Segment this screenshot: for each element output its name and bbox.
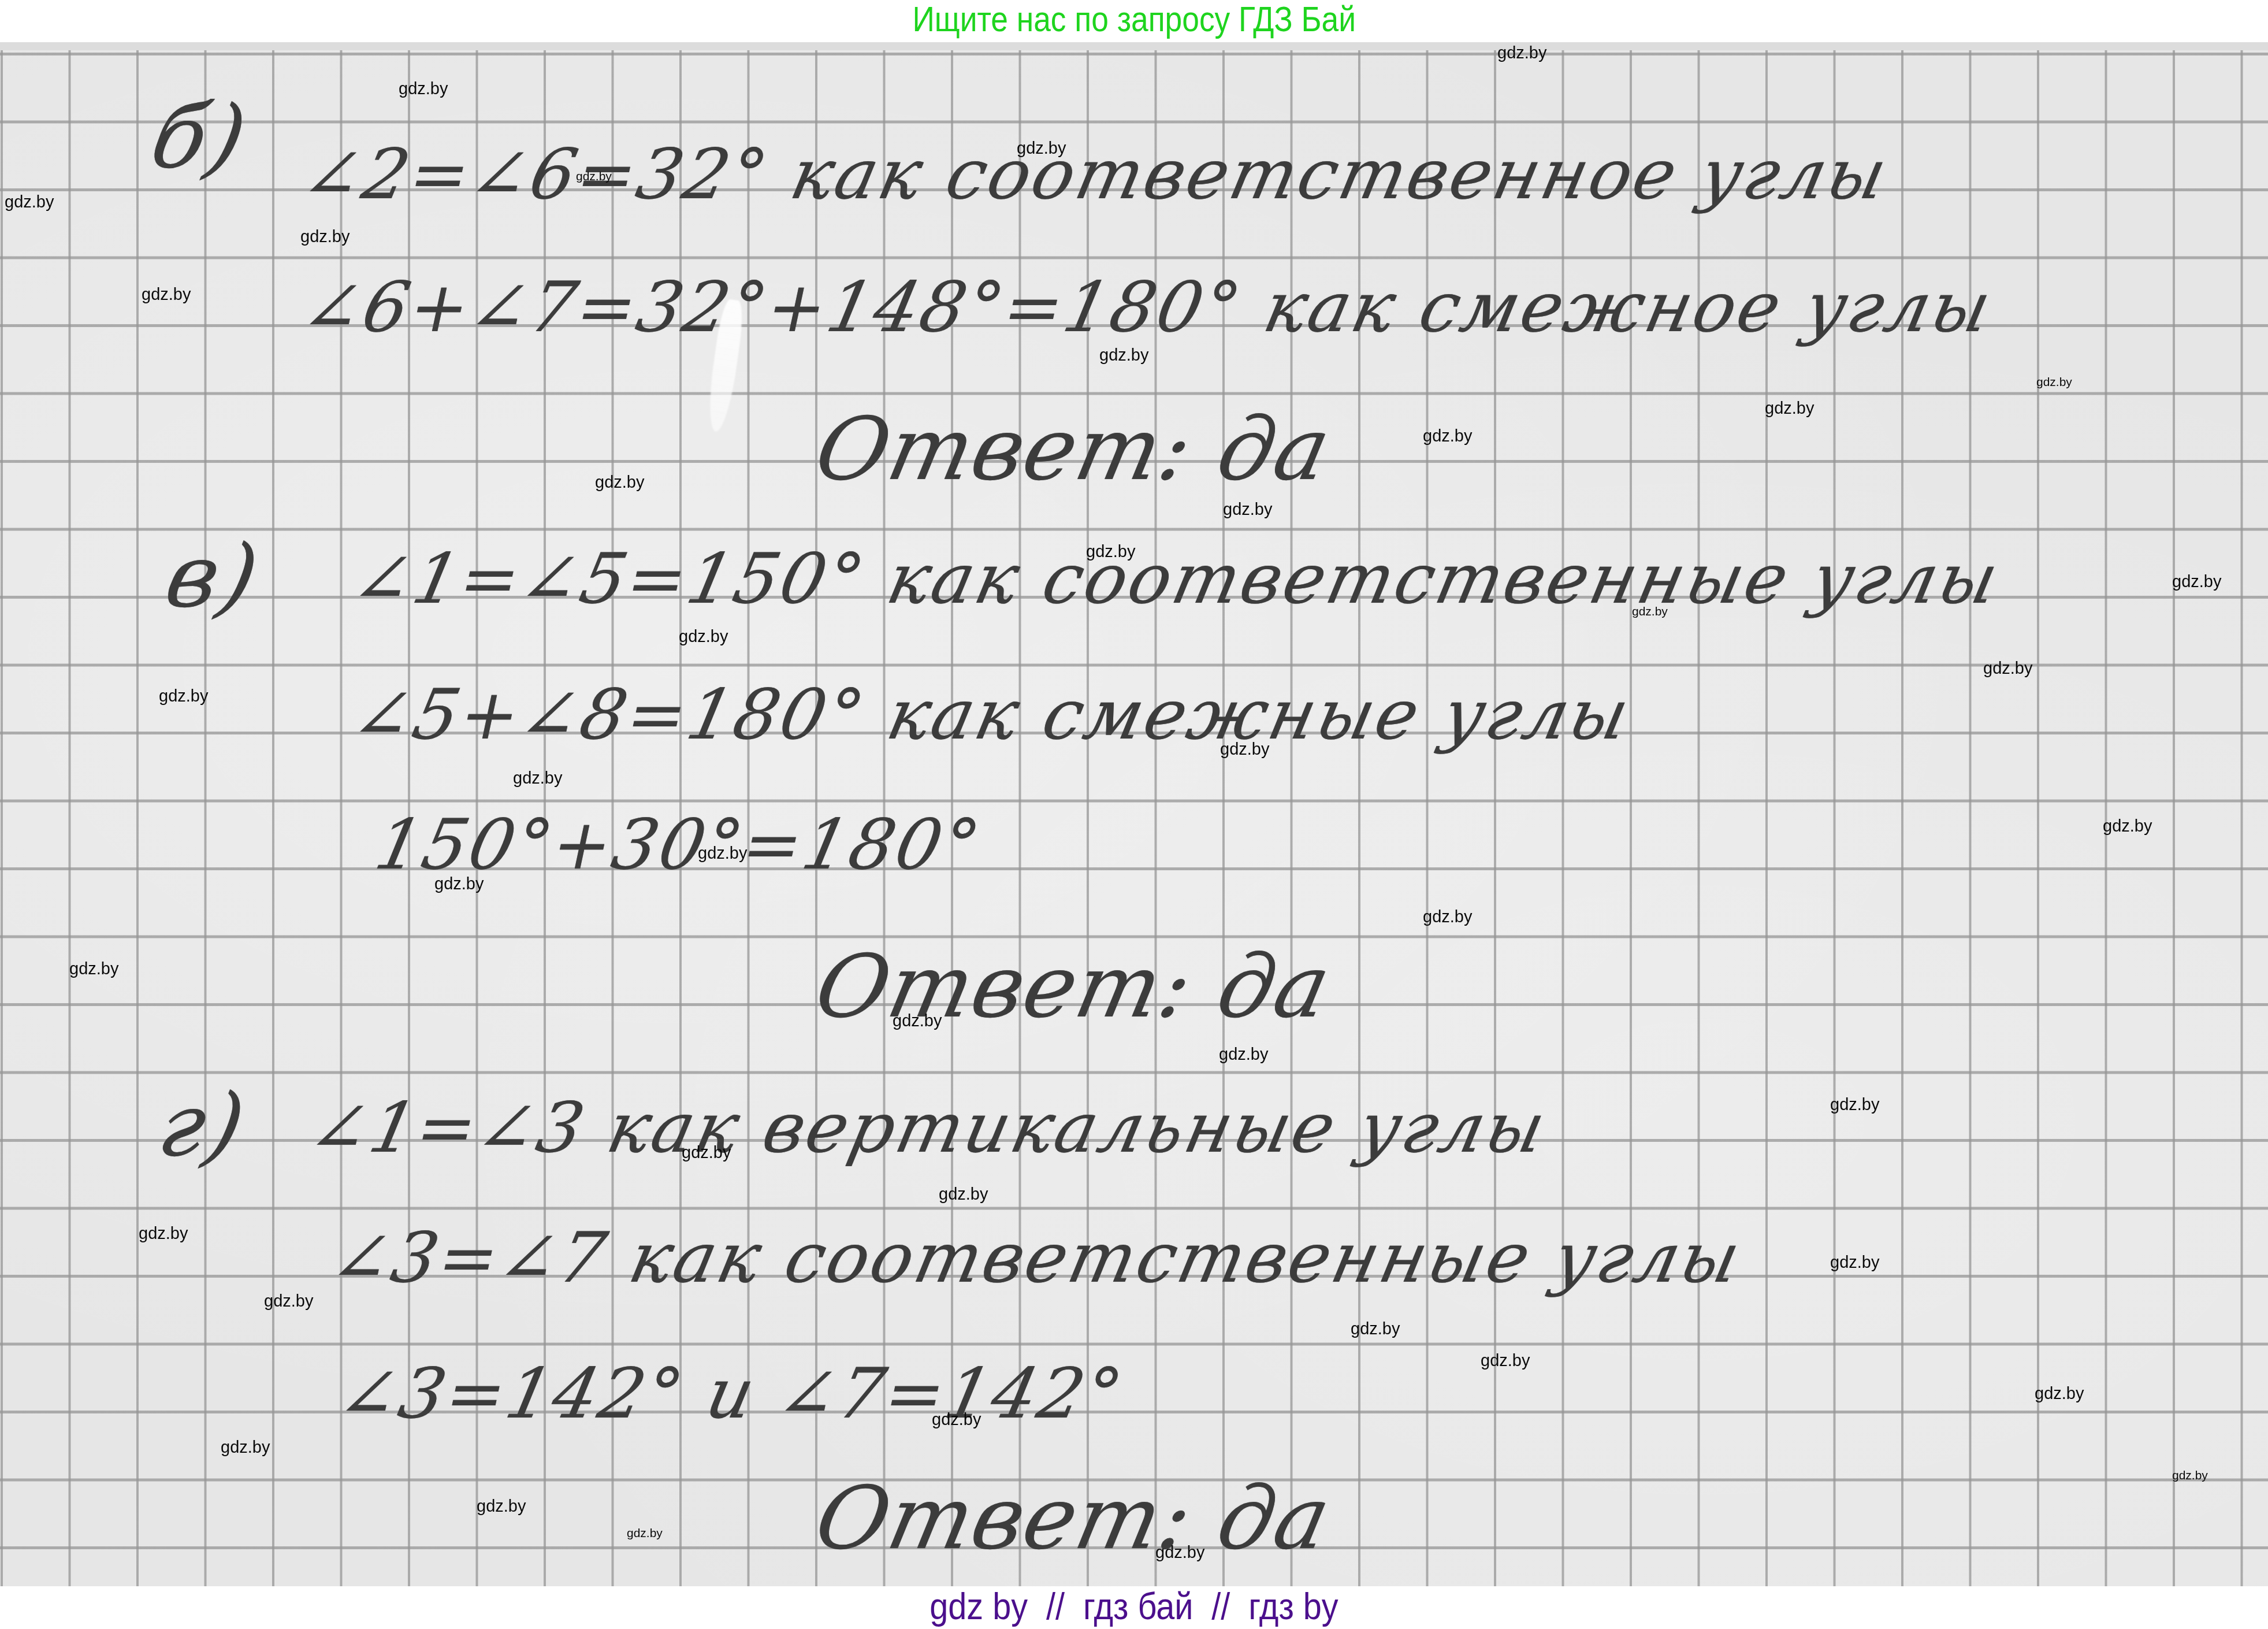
part-b-line-1: ∠2=∠6=32° как соответственное углы [296,140,1894,210]
watermark: gdz.by [679,629,728,645]
watermark: gdz.by [1765,400,1814,417]
watermark: gdz.by [1017,140,1066,157]
part-v-label: в) [159,533,269,620]
watermark: gdz.by [1220,741,1269,758]
part-b-line-2: ∠6+∠7=32°+148°=180° как смежное углы [296,273,1998,343]
watermark: gdz.by [1086,544,1135,561]
watermark: gdz.by [682,1145,731,1162]
watermark: gdz.by [139,1226,188,1242]
part-v-line-2: ∠5+∠8=180° как смежные углы [347,681,1637,750]
watermark: gdz.by [69,961,118,978]
watermark: gdz.by [2036,376,2072,388]
watermark: gdz.by [1423,909,1472,926]
watermark: gdz.by [513,770,562,787]
watermark: gdz.by [477,1498,526,1515]
watermark: gdz.by [932,1412,981,1428]
watermark: gdz.by [1351,1321,1400,1338]
part-v-line-3: 150°+30°=180° [370,811,987,880]
watermark: gdz.by [142,287,191,303]
bottom-banner: gdz by // гдз бай // гдз by [0,1586,2268,1629]
part-g-label: г) [152,1082,255,1169]
watermark: gdz.by [2172,1470,2208,1482]
watermark: gdz.by [1099,347,1148,364]
watermark: gdz.by [1632,606,1668,618]
watermark: gdz.by [434,876,484,893]
part-v-answer: Ответ: да [809,944,1338,1030]
part-g-line-2: ∠3=∠7 как соответственные углы [325,1224,1748,1293]
watermark: gdz.by [1983,660,2032,677]
watermark: gdz.by [1423,428,1472,445]
watermark: gdz.by [1155,1545,1204,1561]
watermark: gdz.by [1830,1097,1879,1114]
watermark: gdz.by [1830,1255,1879,1271]
part-b-answer: Ответ: да [809,406,1338,493]
watermark: gdz.by [221,1439,270,1456]
watermark: gdz.by [2035,1386,2084,1402]
watermark: gdz.by [159,688,208,705]
part-v-line-1: ∠1=∠5=150° как соответственные углы [347,545,2006,614]
watermark: gdz.by [300,229,350,246]
watermark: gdz.by [399,81,448,98]
watermark: gdz.by [627,1527,663,1539]
notebook-page: б) ∠2=∠6=32° как соответственное углы ∠6… [0,42,2268,1586]
watermark: gdz.by [1223,502,1272,518]
part-g-answer: Ответ: да [809,1475,1338,1562]
watermark: gdz.by [595,474,644,491]
watermark: gdz.by [939,1186,988,1203]
part-g-line-3: ∠3=142° и ∠7=142° [333,1360,1130,1429]
watermark: gdz.by [1219,1047,1268,1063]
watermark: gdz.by [2103,818,2152,835]
watermark: gdz.by [264,1293,313,1310]
top-banner-text: Ищите нас по запросу ГДЗ Бай [912,2,1355,38]
watermark: gdz.by [893,1013,942,1030]
top-banner: Ищите нас по запросу ГДЗ Бай [0,0,2268,42]
watermark: gdz.by [1481,1353,1530,1370]
watermark: gdz.by [698,845,747,862]
watermark: gdz.by [5,194,54,211]
part-g-line-1: ∠1=∠3 как вертикальные углы [303,1094,1553,1163]
watermark: gdz.by [1497,45,1546,62]
watermark: gdz.by [576,170,612,183]
watermark: gdz.by [2172,574,2221,591]
part-b-label: б) [144,94,256,181]
bottom-banner-text: gdz by // гдз бай // гдз by [929,1588,1338,1625]
